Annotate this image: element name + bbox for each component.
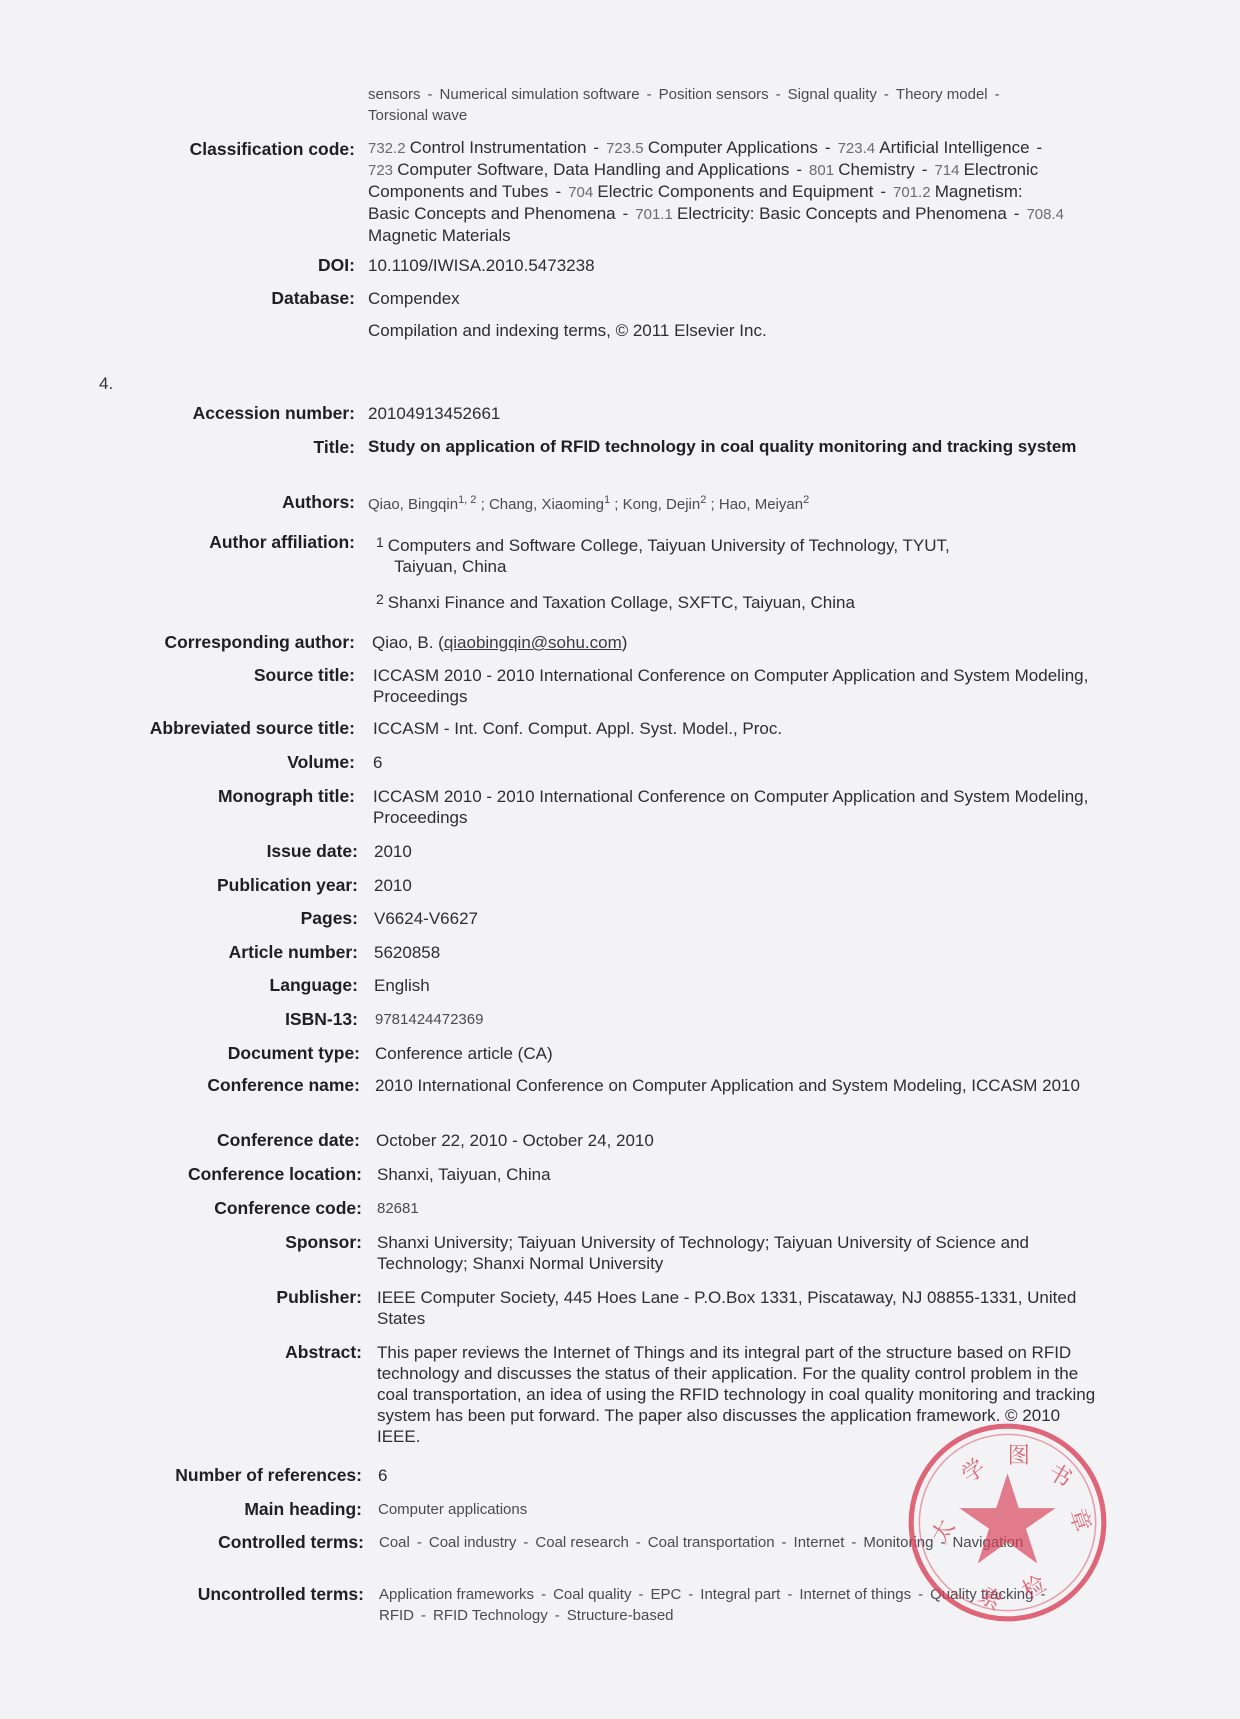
classification-code: 723: [368, 162, 397, 179]
publisher-value: IEEE Computer Society, 445 Hoes Lane - P…: [377, 1287, 1107, 1329]
author-separator: ;: [610, 496, 623, 513]
copyright-text: Compilation and indexing terms, © 2011 E…: [368, 320, 1098, 341]
affiliation-text: Shanxi Finance and Taxation Collage, SXF…: [388, 593, 855, 612]
monograph-title-value: ICCASM 2010 - 2010 International Confere…: [373, 786, 1103, 828]
affiliation-number: 2: [376, 591, 388, 607]
uncontrolled-term[interactable]: RFID Technology: [433, 1607, 548, 1624]
controlled-term[interactable]: Coal industry: [429, 1534, 517, 1551]
publication-year-label: Publication year:: [28, 875, 358, 896]
issue-date-value: 2010: [374, 841, 1104, 862]
classification-name: Control Instrumentation: [410, 138, 587, 157]
conference-date-label: Conference date:: [30, 1130, 360, 1151]
index-term[interactable]: Torsional wave: [368, 107, 467, 124]
index-term[interactable]: sensors: [368, 86, 421, 103]
sponsor-value: Shanxi University; Taiyuan University of…: [377, 1232, 1107, 1274]
isbn-13-label: ISBN-13:: [28, 1009, 358, 1030]
classification-item[interactable]: 723.5 Computer Applications: [606, 138, 818, 157]
classification-label: Classification code:: [25, 139, 355, 160]
uncontrolled-term[interactable]: Structure-based: [567, 1607, 674, 1624]
author-affiliation-value: 1Computers and Software College, Taiyuan…: [376, 532, 996, 613]
accession-number-label: Accession number:: [25, 403, 355, 424]
controlled-term[interactable]: Coal research: [535, 1534, 628, 1551]
controlled-term[interactable]: Coal: [379, 1534, 410, 1551]
classification-item[interactable]: 704 Electric Components and Equipment: [568, 182, 873, 201]
index-term[interactable]: Theory model: [896, 86, 988, 103]
author-name[interactable]: Kong, Dejin2: [623, 496, 707, 513]
classification-name: Computer Applications: [648, 138, 818, 157]
author-affiliation-ref: 2: [803, 494, 809, 506]
pages-label: Pages:: [28, 908, 358, 929]
title-value: Study on application of RFID technology …: [368, 436, 1098, 457]
term-separator: -: [1030, 138, 1050, 157]
doi-label: DOI:: [25, 255, 355, 276]
classification-item[interactable]: 701.1 Electricity: Basic Concepts and Ph…: [635, 204, 1007, 223]
corresponding-author-label: Corresponding author:: [25, 632, 355, 653]
language-label: Language:: [28, 975, 358, 996]
article-number-label: Article number:: [28, 942, 358, 963]
term-separator: -: [414, 1607, 433, 1624]
prev-terms-continuation: sensors-Numerical simulation software-Po…: [368, 84, 1048, 126]
classification-code: 701.1: [635, 206, 677, 223]
term-separator: -: [629, 1534, 648, 1551]
classification-item[interactable]: 723.4 Artificial Intelligence: [838, 138, 1030, 157]
controlled-term[interactable]: Monitoring: [863, 1534, 933, 1551]
term-separator: -: [1033, 1586, 1052, 1603]
source-title-label: Source title:: [25, 665, 355, 686]
affiliation-text: Computers and Software College, Taiyuan …: [388, 536, 950, 576]
volume-value: 6: [373, 752, 1103, 773]
classification-code: 708.4: [1026, 206, 1064, 223]
index-term[interactable]: Position sensors: [659, 86, 769, 103]
classification-name: Electricity: Basic Concepts and Phenomen…: [677, 204, 1007, 223]
article-number-value: 5620858: [374, 942, 1104, 963]
doi-value[interactable]: 10.1109/IWISA.2010.5473238: [368, 255, 1098, 276]
uncontrolled-term[interactable]: EPC: [650, 1586, 681, 1603]
pages-value: V6624-V6627: [374, 908, 1104, 929]
classification-name: Chemistry: [838, 160, 915, 179]
affiliation-number: 1: [376, 534, 388, 550]
classification-code: 704: [568, 184, 597, 201]
conference-location-value: Shanxi, Taiyuan, China: [377, 1164, 1107, 1185]
author-separator: ;: [476, 496, 489, 513]
classification-name: Magnetic Materials: [368, 226, 511, 245]
term-separator: -: [844, 1534, 863, 1551]
document-type-label: Document type:: [30, 1043, 360, 1064]
classification-name: Artificial Intelligence: [879, 138, 1029, 157]
language-value: English: [374, 975, 1104, 996]
authors-value: Qiao, Bingqin1, 2 ; Chang, Xiaoming1 ; K…: [368, 494, 1098, 515]
term-separator: -: [988, 86, 1007, 103]
classification-code: 723.5: [606, 140, 648, 157]
term-separator: -: [410, 1534, 429, 1551]
term-separator: -: [516, 1534, 535, 1551]
term-separator: -: [586, 138, 606, 157]
conference-code-value: 82681: [377, 1198, 1107, 1219]
term-separator: -: [789, 160, 809, 179]
conference-name-value: 2010 International Conference on Compute…: [375, 1075, 1105, 1096]
publisher-label: Publisher:: [32, 1287, 362, 1308]
database-label: Database:: [25, 288, 355, 309]
classification-code: 714: [934, 162, 963, 179]
author-separator: ;: [706, 496, 719, 513]
classification-name: Electric Components and Equipment: [597, 182, 873, 201]
abstract-value: This paper reviews the Internet of Thing…: [377, 1342, 1107, 1447]
term-separator: -: [911, 1586, 930, 1603]
corresponding-author-email[interactable]: qiaobingqin@sohu.com: [444, 633, 622, 652]
accession-number-value: 20104913452661: [368, 403, 1098, 424]
corresponding-author-value: Qiao, B. (qiaobingqin@sohu.com): [372, 632, 1102, 653]
term-separator: -: [548, 1607, 567, 1624]
conference-code-label: Conference code:: [32, 1198, 362, 1219]
term-separator: -: [1007, 204, 1027, 223]
volume-label: Volume:: [25, 752, 355, 773]
conference-name-label: Conference name:: [30, 1075, 360, 1096]
issue-date-label: Issue date:: [28, 841, 358, 862]
author-affiliation-label: Author affiliation:: [25, 532, 355, 553]
term-separator: -: [933, 1534, 952, 1551]
term-separator: -: [818, 138, 838, 157]
term-separator: -: [775, 1534, 794, 1551]
abstract-label: Abstract:: [32, 1342, 362, 1363]
index-term[interactable]: Signal quality: [788, 86, 877, 103]
corresponding-author-close: ): [622, 633, 628, 652]
uncontrolled-terms-label: Uncontrolled terms:: [34, 1584, 364, 1605]
main-heading-label: Main heading:: [32, 1499, 362, 1520]
term-separator: -: [873, 182, 893, 201]
term-separator: -: [616, 204, 636, 223]
controlled-term[interactable]: Navigation: [952, 1534, 1023, 1551]
sponsor-label: Sponsor:: [32, 1232, 362, 1253]
term-separator: -: [549, 182, 569, 201]
author-name[interactable]: Chang, Xiaoming1: [489, 496, 610, 513]
document-type-value: Conference article (CA): [375, 1043, 1105, 1064]
abbreviated-source-title-value: ICCASM - Int. Conf. Comput. Appl. Syst. …: [373, 718, 1103, 739]
main-heading-value[interactable]: Computer applications: [378, 1499, 1108, 1520]
classification-item[interactable]: 732.2 Control Instrumentation: [368, 138, 586, 157]
term-separator: -: [877, 86, 896, 103]
term-separator: -: [640, 86, 659, 103]
classification-name: Computer Software, Data Handling and App…: [397, 160, 789, 179]
title-label: Title:: [25, 437, 355, 458]
affiliation-item: 1Computers and Software College, Taiyuan…: [376, 532, 996, 577]
isbn-13-value: 9781424472369: [375, 1009, 1105, 1030]
affiliation-item: 2Shanxi Finance and Taxation Collage, SX…: [376, 589, 996, 613]
term-separator: -: [780, 1586, 799, 1603]
term-separator: -: [421, 86, 440, 103]
controlled-terms-label: Controlled terms:: [34, 1532, 364, 1553]
term-separator: -: [631, 1586, 650, 1603]
classification-item[interactable]: 723 Computer Software, Data Handling and…: [368, 160, 789, 179]
corresponding-author-name: Qiao, B. (: [372, 633, 444, 652]
classification-item[interactable]: 801 Chemistry: [809, 160, 915, 179]
monograph-title-label: Monograph title:: [25, 786, 355, 807]
author-name[interactable]: Qiao, Bingqin1, 2: [368, 496, 476, 513]
term-separator: -: [534, 1586, 553, 1603]
uncontrolled-term[interactable]: Integral part: [700, 1586, 780, 1603]
publication-year-value: 2010: [374, 875, 1104, 896]
source-title-value: ICCASM 2010 - 2010 International Confere…: [373, 665, 1103, 707]
authors-label: Authors:: [25, 492, 355, 513]
database-value: Compendex: [368, 288, 1098, 309]
conference-date-value: October 22, 2010 - October 24, 2010: [376, 1130, 1106, 1151]
classification-code: 732.2: [368, 140, 410, 157]
term-separator: -: [681, 1586, 700, 1603]
record-number: 4.: [99, 374, 113, 394]
conference-location-label: Conference location:: [32, 1164, 362, 1185]
controlled-term[interactable]: Coal transportation: [648, 1534, 775, 1551]
index-term[interactable]: Numerical simulation software: [440, 86, 640, 103]
uncontrolled-term[interactable]: Application frameworks: [379, 1586, 534, 1603]
author-affiliation-ref: 1, 2: [458, 494, 476, 506]
number-of-references-value: 6: [378, 1465, 1108, 1486]
uncontrolled-term[interactable]: Internet of things: [799, 1586, 911, 1603]
abbreviated-source-title-label: Abbreviated source title:: [25, 718, 355, 739]
uncontrolled-term[interactable]: Quality tracking: [930, 1586, 1033, 1603]
number-of-references-label: Number of references:: [32, 1465, 362, 1486]
classification-value: 732.2 Control Instrumentation-723.5 Comp…: [368, 137, 1068, 246]
classification-code: 801: [809, 162, 838, 179]
controlled-terms-value: Coal-Coal industry-Coal research-Coal tr…: [379, 1532, 1079, 1553]
author-name[interactable]: Hao, Meiyan2: [719, 496, 809, 513]
term-separator: -: [915, 160, 935, 179]
classification-code: 723.4: [838, 140, 880, 157]
uncontrolled-term[interactable]: RFID: [379, 1607, 414, 1624]
controlled-term[interactable]: Internet: [794, 1534, 845, 1551]
classification-code: 701.2: [893, 184, 935, 201]
document-page: sensors-Numerical simulation software-Po…: [0, 0, 1240, 1719]
uncontrolled-term[interactable]: Coal quality: [553, 1586, 631, 1603]
uncontrolled-terms-value: Application frameworks-Coal quality-EPC-…: [379, 1584, 1089, 1626]
term-separator: -: [769, 86, 788, 103]
